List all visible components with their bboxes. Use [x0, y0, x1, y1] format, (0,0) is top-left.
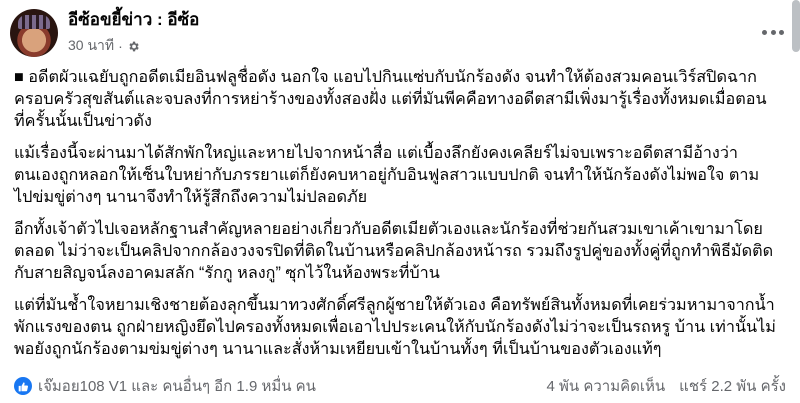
dot: [779, 30, 784, 35]
engagement-stats: 4 พัน ความคิดเห็น แชร์ 2.2 พัน ครั้ง: [547, 374, 786, 398]
separator-dot: ·: [118, 38, 123, 54]
post-timestamp[interactable]: 30 นาที: [68, 35, 114, 57]
post-meta: อีซ้อขยี้ข่าว : อีซ้อ 30 นาที ·: [68, 9, 199, 57]
author-avatar[interactable]: [10, 9, 58, 57]
post-body: ■ อดีตผัวแฉยับถูกอดีตเมียอินฟลูชื่อดัง น…: [14, 66, 784, 370]
post-paragraph-2: แม้เรื่องนี้จะผ่านมาได้สักพักใหญ่และหายไ…: [14, 142, 784, 208]
facebook-post: อีซ้อขยี้ข่าว : อีซ้อ 30 นาที · ■ อดีตผั…: [0, 0, 800, 403]
post-paragraph-4: แต่ที่มันช้ำใจหยามเชิงชายต้องลุกขึ้นมาทว…: [14, 294, 784, 360]
more-options-icon[interactable]: [762, 26, 784, 38]
like-icon: [14, 377, 32, 395]
reactions-summary[interactable]: เจ๊มอย108 V1 และ คนอื่นๆ อีก 1.9 หมื่น ค…: [14, 374, 316, 398]
post-paragraph-1: ■ อดีตผัวแฉยับถูกอดีตเมียอินฟลูชื่อดัง น…: [14, 66, 784, 132]
shares-count[interactable]: แชร์ 2.2 พัน ครั้ง: [679, 374, 786, 398]
scrollbar-thumb[interactable]: [792, 0, 800, 52]
post-header: อีซ้อขยี้ข่าว : อีซ้อ 30 นาที ·: [10, 8, 199, 58]
post-footer: เจ๊มอย108 V1 และ คนอื่นๆ อีก 1.9 หมื่น ค…: [14, 374, 786, 398]
author-name[interactable]: อีซ้อขยี้ข่าว : อีซ้อ: [68, 9, 199, 31]
gear-icon[interactable]: [127, 40, 140, 53]
post-paragraph-3: อีกทั้งเจ้าตัวไปเจอหลักฐานสำคัญหลายอย่าง…: [14, 218, 784, 284]
dot: [762, 30, 767, 35]
dot: [771, 30, 776, 35]
post-subline: 30 นาที ·: [68, 35, 199, 57]
reactions-text: เจ๊มอย108 V1 และ คนอื่นๆ อีก 1.9 หมื่น ค…: [38, 374, 316, 398]
avatar-headdress: [18, 15, 50, 29]
comments-count[interactable]: 4 พัน ความคิดเห็น: [547, 374, 666, 398]
